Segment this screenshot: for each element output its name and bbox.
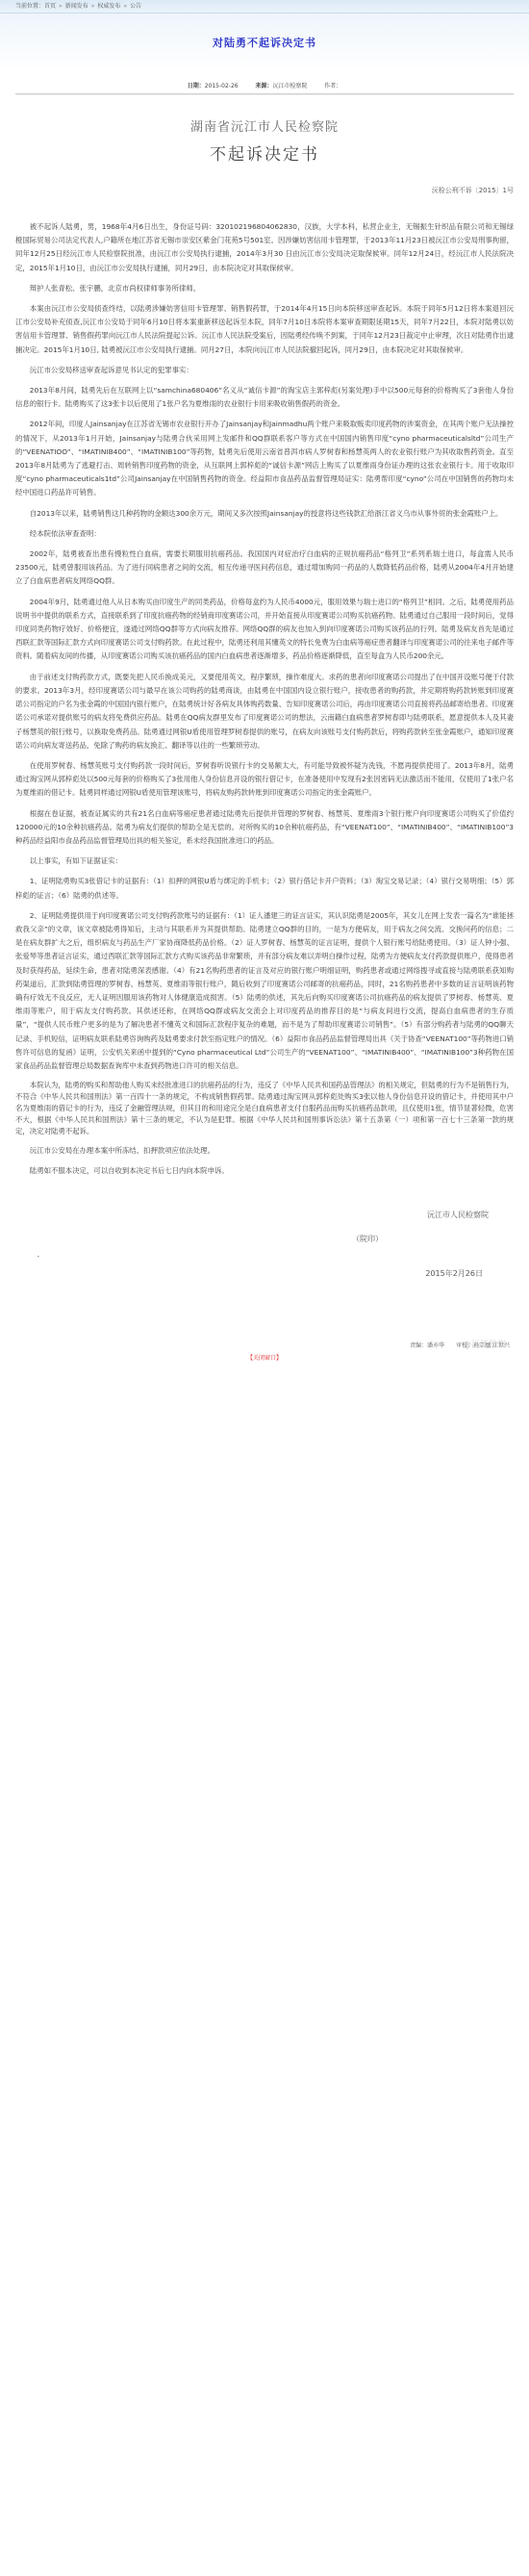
paragraph-findings-5: 根据在卷证据，被查证属实的共有21名白血病等癌症患者通过陆勇先后提供并管理的罗树… <box>15 807 514 849</box>
paragraph-appeal: 陆勇如不服本决定，可以自收到本决定书后七日内向本院申诉。 <box>15 1164 514 1178</box>
paragraph-police-facts-heading: 沅江市公安局移送审查起诉意见书认定的犯罪事实： <box>15 364 514 377</box>
close-window-button[interactable]: 【关闭窗口】 <box>0 1353 529 1371</box>
breadcrumb-authority[interactable]: 权威发布 <box>97 3 120 10</box>
breadcrumb-separator: » <box>59 3 63 10</box>
author-label: 作者： <box>324 83 341 89</box>
paragraph-defense: 辩护人张青松、张宇鹏，北京市尚权律师事务所律师。 <box>15 282 514 295</box>
signature-org: 沅江市人民检察院 <box>0 1210 489 1220</box>
breadcrumb-separator: » <box>123 3 127 10</box>
breadcrumb-news[interactable]: 新闻发布 <box>65 3 88 10</box>
paragraph-conclusion: 本院认为，陆勇的购买和帮助他人购买未经批准进口的抗癌药品的行为，违反了《中华人民… <box>15 1080 514 1137</box>
paragraph-findings-heading: 经本院依法审查查明： <box>15 527 514 541</box>
paragraph-defendant: 被不起诉人陆勇，男，1968年4月6日出生，身份证号码：320102196804… <box>15 220 514 275</box>
paragraph-procedure: 本案由沅江市公安局侦查终结，以陆勇涉嫌妨害信用卡管理罪、销售假药罪，于2014年… <box>15 302 514 357</box>
breadcrumb-home[interactable]: 首页 <box>44 3 56 10</box>
article-header: 对陆勇不起诉决定书 日期：2015-02-26 来源：沅江市检察院 作者： <box>0 13 529 93</box>
article-title: 对陆勇不起诉决定书 <box>0 35 529 50</box>
signature-block: 沅江市人民检察院 （院印） • 2015年2月26日 <box>0 1210 529 1279</box>
paragraph-findings-3: 由于前述支付购药款方式，既要先把人民币换成美元，又要使用英文，程序繁琐，操作难度… <box>15 671 514 752</box>
editors-line: 责编：潘亦华 审校：孙宗凰 江世兴 @沅江检察 <box>0 1340 510 1349</box>
breadcrumb-notice[interactable]: 公告 <box>130 3 141 10</box>
paragraph-findings-4: 在使用罗树春、杨慧英账号支付购药款一段时间后，罗树春听说银行卡的交易额太大，有可… <box>15 759 514 801</box>
source-label: 来源： <box>255 83 272 89</box>
source-value: 沅江市检察院 <box>272 83 307 89</box>
paragraph-police-facts-2: 2012年间，印度人Jainsanjay在江苏省无锡市农业银行开办了Jainsa… <box>15 418 514 499</box>
breadcrumb-bar: 当前位置：首页»新闻发布»权威发布»公告 <box>0 0 529 13</box>
divider <box>15 93 514 95</box>
date-value: 2015-02-26 <box>205 83 239 89</box>
paragraph-findings-1: 2002年，陆勇被查出患有慢粒性白血病，需要长期服用抗癌药品。我国国内对症治疗白… <box>15 548 514 589</box>
article-meta: 日期：2015-02-26 来源：沅江市检察院 作者： <box>0 81 529 93</box>
date-label: 日期： <box>188 83 205 89</box>
paragraph-seized-funds: 沅江市公安局在办理本案中所冻结、扣押款项应依法处理。 <box>15 1144 514 1158</box>
signature-seal: （院印） <box>0 1234 383 1244</box>
document-title: 不起诉决定书 <box>0 140 529 165</box>
paragraph-police-facts-3: 自2013年以来，陆勇销售这几种药物的金额达300余万元，期间又多次按照Jain… <box>15 507 514 521</box>
breadcrumb-prefix: 当前位置： <box>15 3 44 10</box>
bullet-dot: • <box>37 1254 529 1261</box>
paragraph-evidence-2: 2、证明陆勇提供用于向印度赛诺公司支付购药款账号的证据有：（1）证人潘建三的证言… <box>15 909 514 1073</box>
document-number: 沅检公刑不诉〔2015〕1号 <box>0 186 514 195</box>
paragraph-police-facts-1: 2013年8月间，陆勇先后在互联网上以“samchina680406”名义从“诚… <box>15 384 514 411</box>
paragraph-evidence-1: 1、证明陆勇购买3张借记卡的证据有：（1）扣押的网银U盾与绑定的手机卡；（2）银… <box>15 875 514 902</box>
paragraph-evidence-heading: 以上事实，有如下证据证实： <box>15 854 514 868</box>
document-body: 被不起诉人陆勇，男，1968年4月6日出生，身份证号码：320102196804… <box>15 220 514 1179</box>
signature-date: 2015年2月26日 <box>0 1268 483 1279</box>
breadcrumb-separator: » <box>91 3 95 10</box>
paragraph-findings-2: 2004年9月，陆勇通过他人从日本购买由印度生产的同类药品，价格每盒约为人民币4… <box>15 596 514 664</box>
document-org: 湖南省沅江市人民检察院 <box>0 116 529 135</box>
weibo-watermark: @沅江检察 <box>463 1338 506 1350</box>
